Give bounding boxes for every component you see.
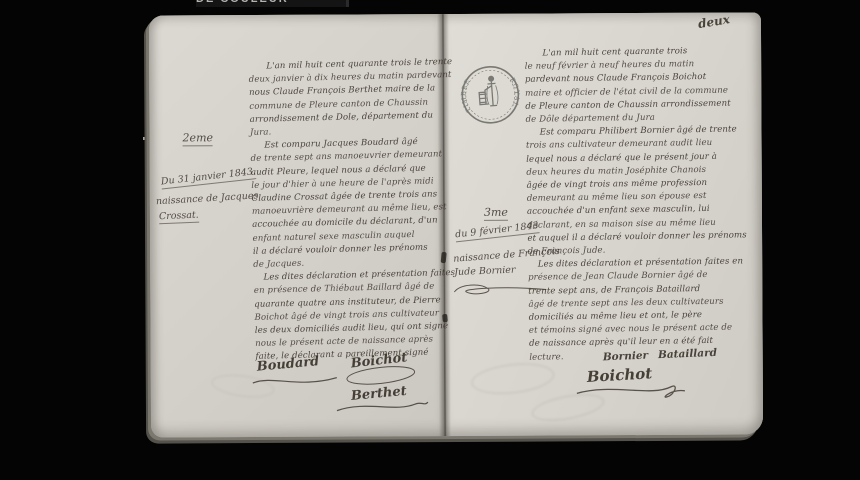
color-scale-bar: DE COULEUR [196,0,349,7]
signature-witness: Bataillard [658,347,717,361]
svg-text:TIMBRE: TIMBRE [458,77,474,115]
signature-flourish-icon [335,398,431,415]
left-entry-number: 2eme [183,131,214,144]
left-act-text: L'an mil huit cent quarante trois le tre… [248,56,445,364]
right-act-text: L'an mil huit cent quarante troisle neuf… [524,44,749,364]
archive-scan: { "colors": { "background": "#040404", "… [0,0,860,480]
dust-speck [143,137,145,140]
signature-witness: Bornier [603,350,649,364]
register-book-spread: deux 2eme Du 31 janvier 1843. naissance … [149,12,763,437]
color-scale-label: DE COULEUR [196,0,346,5]
svg-text:ROYAL: ROYAL [508,76,522,109]
timbre-royal-stamp-icon: TIMBRE ROYAL [457,62,523,128]
left-entry-name: Crossat. [159,210,199,223]
signature-flourish-icon [343,364,421,386]
right-entry-number: 3me [484,206,508,219]
